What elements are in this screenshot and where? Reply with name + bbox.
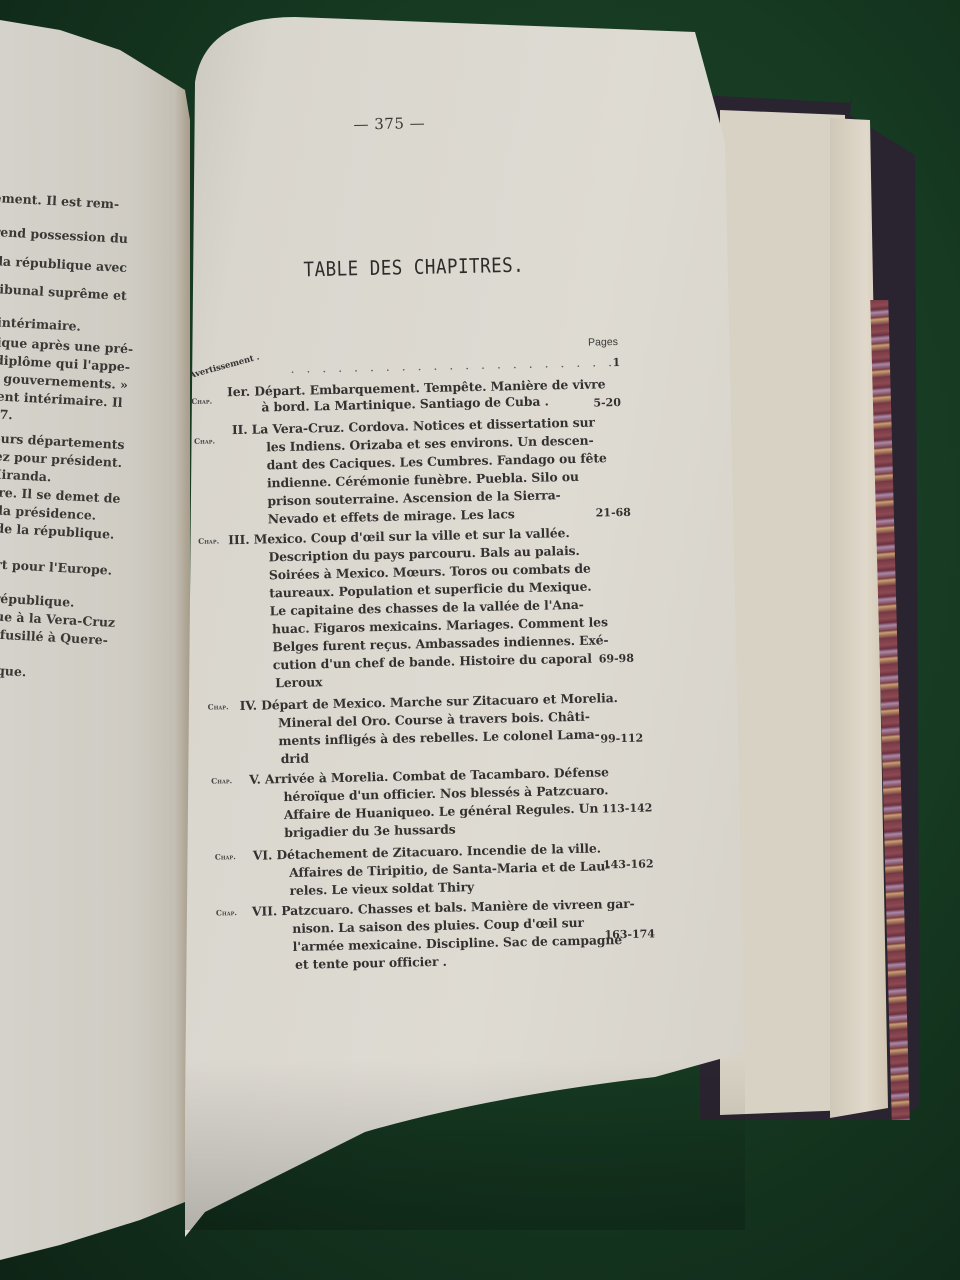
- toc-line: drid: [281, 751, 309, 767]
- left-line: de la présidence.: [0, 502, 97, 523]
- left-page-text: ement. Il est rem- rend possession du la…: [0, 190, 190, 200]
- left-line: ublique.: [0, 661, 27, 679]
- left-line: la république.: [0, 590, 75, 610]
- toc-page-range: 5-20: [593, 396, 621, 410]
- toc-page-range: 99-112: [600, 732, 643, 746]
- chap-label: Chap.: [211, 776, 232, 785]
- left-line: arque à la Vera-Cruz: [0, 607, 116, 629]
- left-line: part pour l'Europe.: [0, 556, 112, 578]
- left-line: rend possession du: [0, 224, 128, 246]
- left-line: la république avec: [0, 253, 127, 275]
- toc-page-range: 163-174: [604, 927, 655, 941]
- toc-page-range: 21-68: [596, 506, 631, 520]
- left-line: ribunal suprême et: [0, 281, 127, 303]
- left-line: est fusillé à Quere-: [0, 626, 108, 648]
- page-title: TABLE DES CHAPITRES.: [303, 254, 524, 282]
- toc-line: Leroux: [275, 674, 322, 690]
- toc-line: et tente pour officier .: [295, 954, 447, 972]
- page-number: — 375 —: [353, 114, 425, 133]
- chap-label: Chap.: [208, 702, 229, 711]
- toc-page-range: 143-162: [603, 857, 654, 871]
- chap-label: Chap.: [194, 436, 215, 445]
- chap-label: Chap.: [216, 908, 237, 917]
- left-line: intérimaire.: [0, 314, 81, 333]
- left-page: ement. Il est rem- rend possession du la…: [0, 20, 190, 1260]
- pages-column-heading: Pages: [588, 336, 618, 349]
- chap-label: Chap.: [198, 536, 219, 545]
- toc-page-range: 113-142: [602, 801, 653, 815]
- chap-label: Chap.: [191, 397, 212, 406]
- left-line: . Miranda.: [0, 466, 52, 485]
- left-line: soire. Il se demet de: [0, 484, 121, 506]
- toc-page-range: 1: [612, 356, 620, 369]
- left-line: 857.: [0, 406, 13, 423]
- left-line: ut de la république.: [0, 520, 115, 542]
- toc-page-range: 69-98: [599, 652, 634, 666]
- chap-label: Chap.: [215, 852, 236, 861]
- left-line: ement. Il est rem-: [0, 190, 120, 212]
